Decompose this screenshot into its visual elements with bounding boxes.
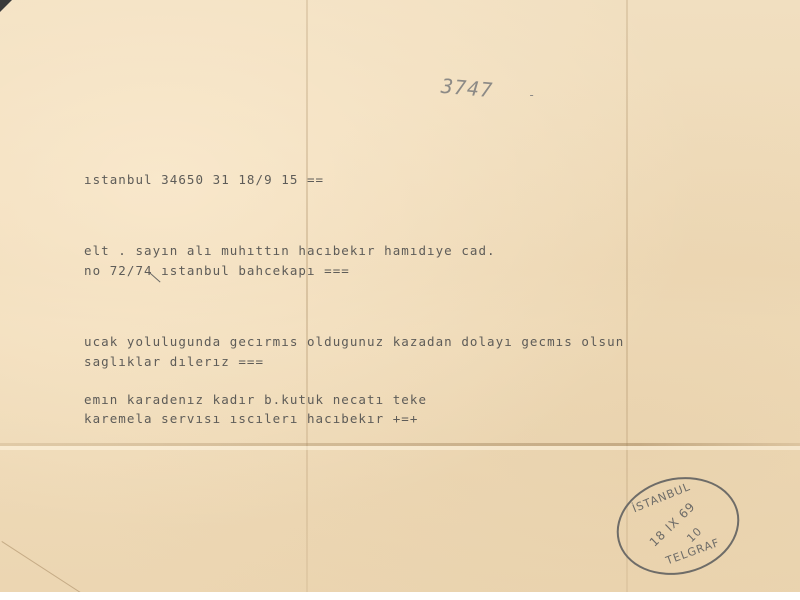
vertical-fold-left xyxy=(306,0,308,594)
telegram-paper: 3747 - ıstanbul 34650 31 18/9 15 == elt … xyxy=(0,0,800,594)
serial-mark: - xyxy=(528,88,535,102)
corner-crease xyxy=(1,541,94,594)
serial-number: 3747 xyxy=(440,74,494,102)
scan-margin xyxy=(0,592,800,600)
message-line-1: ucak yolulugunda gecırmıs oldugunuz kaza… xyxy=(84,332,624,352)
signature-line-2: karemela servısı ıscılerı hacıbekır +=+ xyxy=(84,409,418,429)
address-line-1: elt . sayın alı muhıttın hacıbekır hamıd… xyxy=(84,241,496,261)
horizontal-fold-highlight xyxy=(0,446,800,450)
address-line-2: no 72/74 ıstanbul bahcekapı === xyxy=(84,261,350,281)
signature-line-1: emın karadenız kadır b.kutuk necatı teke xyxy=(84,390,427,410)
header-line: ıstanbul 34650 31 18/9 15 == xyxy=(84,170,324,190)
message-line-2: saglıklar dılerız === xyxy=(84,352,264,372)
torn-corner xyxy=(0,0,12,12)
